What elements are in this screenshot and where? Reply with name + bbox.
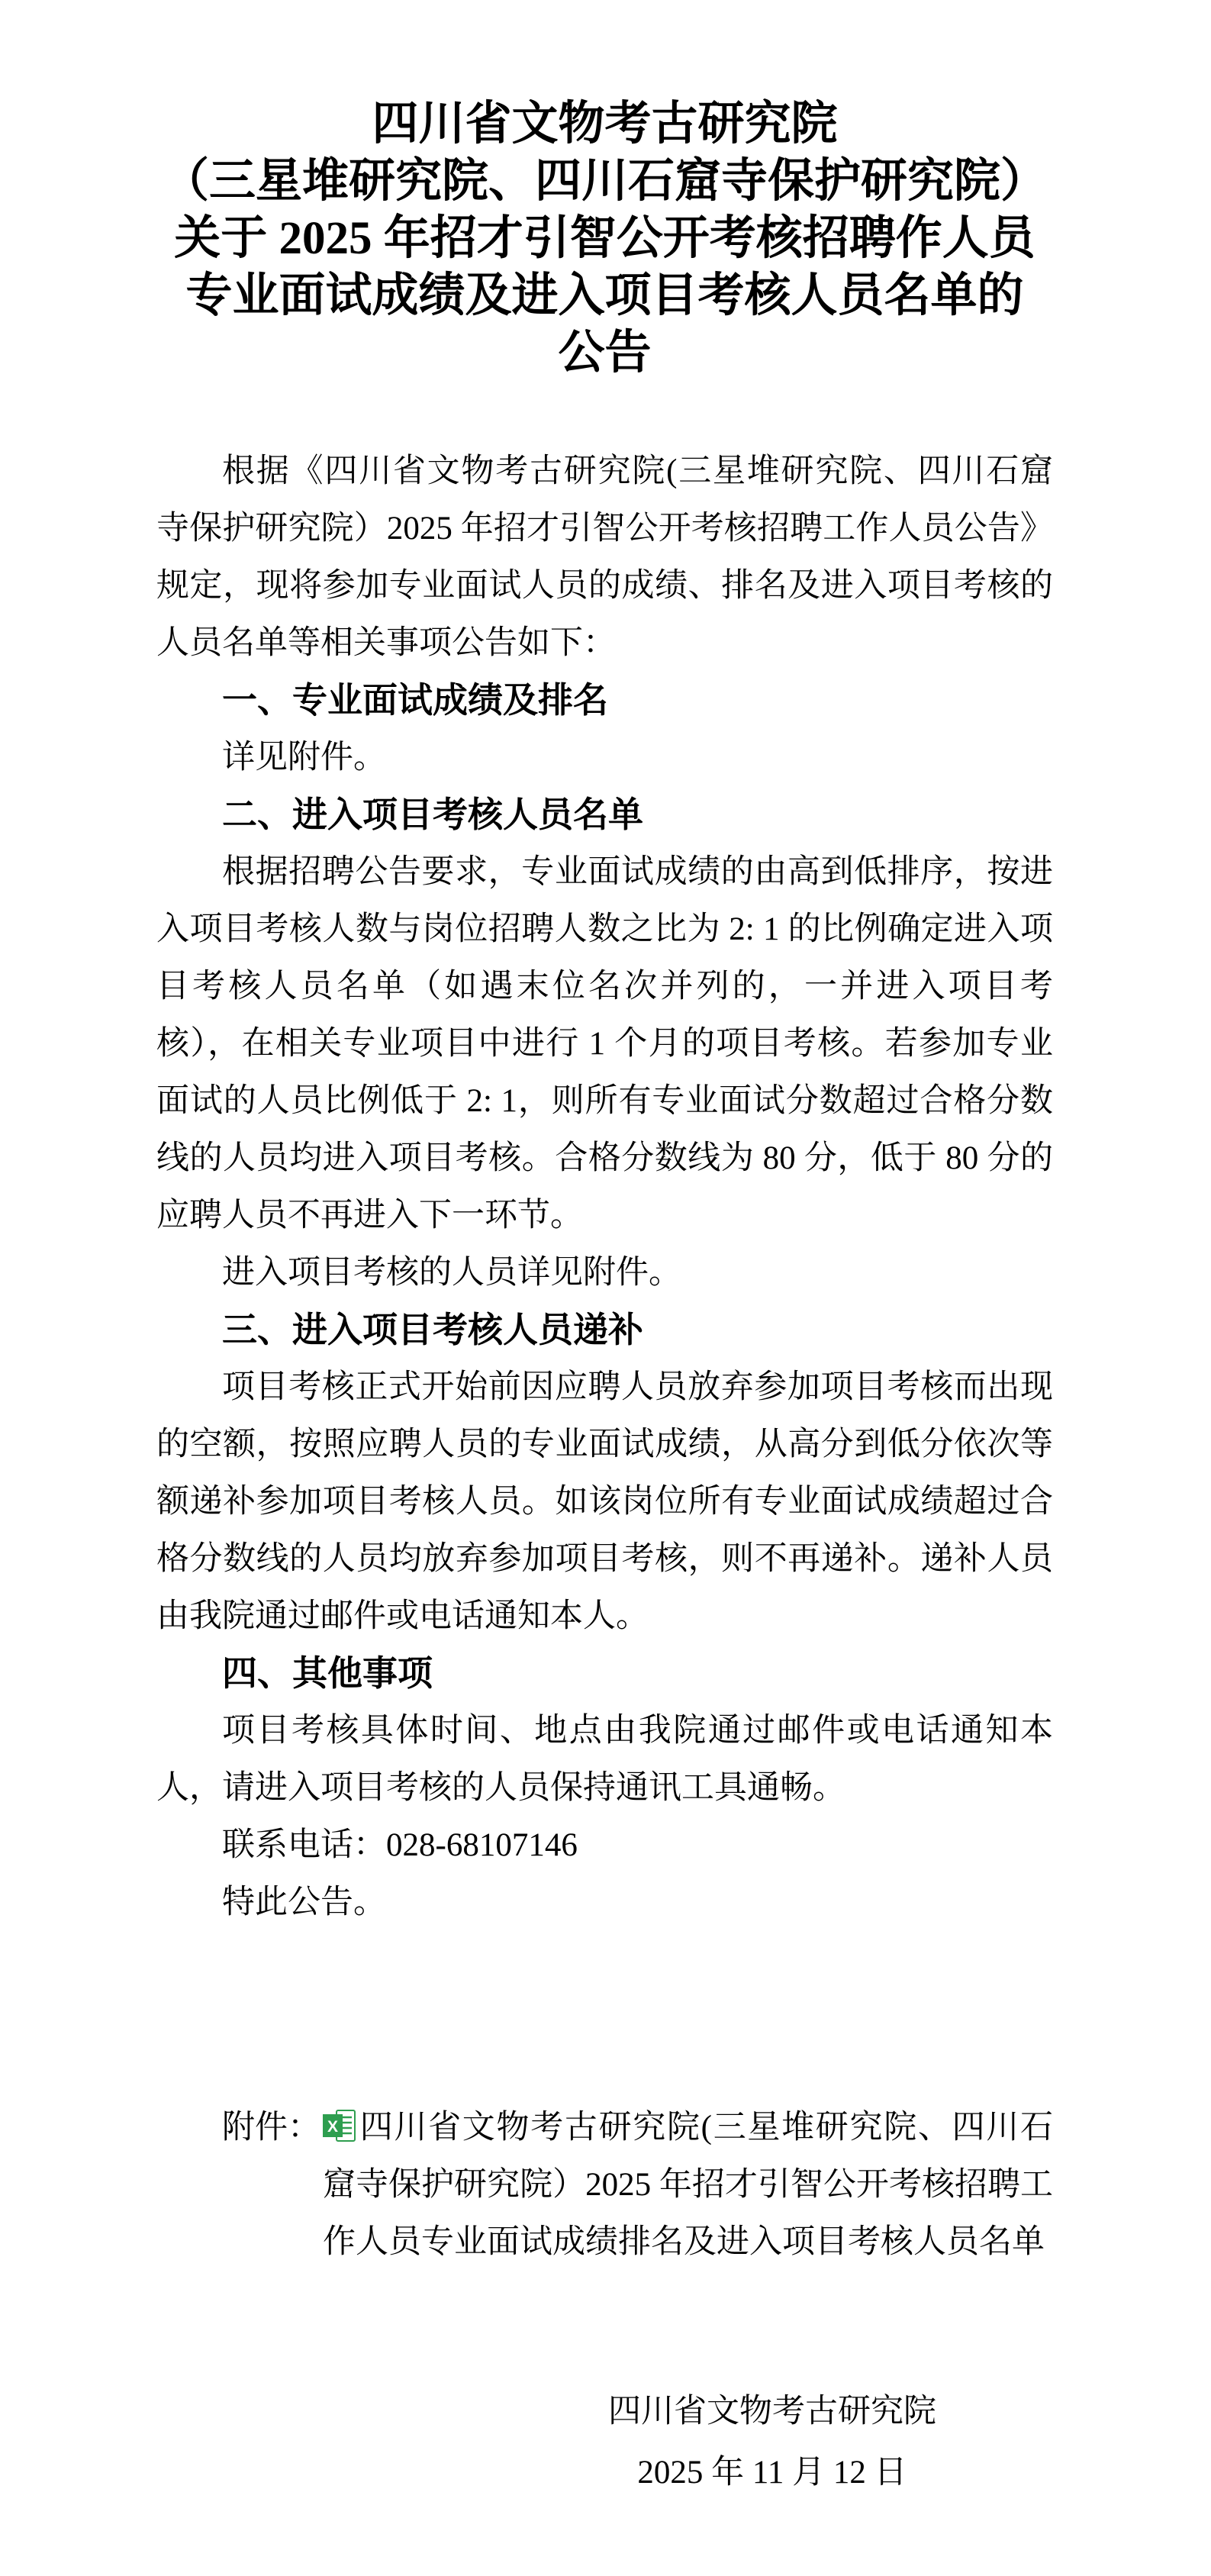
intro-paragraph: 根据《四川省文物考古研究院(三星堆研究院、四川石窟寺保护研究院）2025 年招才… [156, 443, 1053, 672]
attachment-row: 附件： X 四川省文物考古研究院(三星堆研究院、四川石窟寺保护研究院）2025 … [156, 2099, 1053, 2271]
signature-org: 四川省文物考古研究院 [608, 2381, 936, 2442]
attachment-body: X 四川省文物考古研究院(三星堆研究院、四川石窟寺保护研究院）2025 年招才引… [323, 2099, 1053, 2271]
paragraph-closing: 特此公告。 [156, 1874, 1053, 1931]
title-line-2: （三星堆研究院、四川石窟寺保护研究院） [156, 153, 1053, 210]
paragraph-other-matters: 项目考核具体时间、地点由我院通过邮件或电话通知本人，请进入项目考核的人员保持通讯… [156, 1702, 1053, 1817]
paragraph-assessment-rules: 根据招聘公告要求，专业面试成绩的由高到低排序，按进入项目考核人数与岗位招聘人数之… [156, 843, 1053, 1244]
paragraph-contact-phone: 联系电话：028-68107146 [156, 1817, 1053, 1874]
title-line-4: 专业面试成绩及进入项目考核人员名单的 [156, 267, 1053, 324]
title-line-1: 四川省文物考古研究院 [156, 95, 1053, 153]
section-heading-4: 四、其他事项 [156, 1645, 1053, 1702]
excel-file-icon[interactable]: X [323, 2110, 356, 2142]
attachment-label: 附件： [222, 2099, 323, 2156]
document-title: 四川省文物考古研究院 （三星堆研究院、四川石窟寺保护研究院） 关于 2025 年… [156, 95, 1053, 382]
attachment-link[interactable]: 四川省文物考古研究院(三星堆研究院、四川石窟寺保护研究院）2025 年招才引智公… [323, 2110, 1053, 2260]
title-line-5: 公告 [156, 324, 1053, 382]
signature-date: 2025 年 11 月 12 日 [608, 2442, 936, 2503]
paragraph-assessment-list-note: 进入项目考核的人员详见附件。 [156, 1244, 1053, 1301]
document-page: 四川省文物考古研究院 （三星堆研究院、四川石窟寺保护研究院） 关于 2025 年… [0, 0, 1211, 2576]
paragraph-replacement-rules: 项目考核正式开始前因应聘人员放弃参加项目考核而出现的空额，按照应聘人员的专业面试… [156, 1359, 1053, 1645]
signature-block: 四川省文物考古研究院 2025 年 11 月 12 日 [608, 2381, 936, 2503]
paragraph-see-attachment: 详见附件。 [156, 729, 1053, 786]
section-heading-1: 一、专业面试成绩及排名 [156, 672, 1053, 729]
title-line-3: 关于 2025 年招才引智公开考核招聘作人员 [156, 210, 1053, 267]
svg-text:X: X [327, 2118, 338, 2136]
section-heading-2: 二、进入项目考核人员名单 [156, 786, 1053, 843]
section-heading-3: 三、进入项目考核人员递补 [156, 1301, 1053, 1359]
